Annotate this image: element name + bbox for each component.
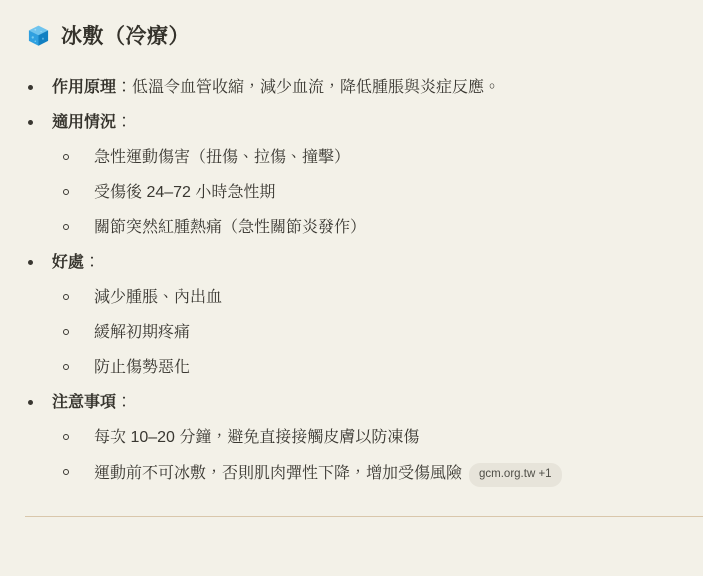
sub-bullet-icon xyxy=(63,224,69,230)
list-item: 適用情況： 急性運動傷害（扭傷、拉傷、撞擊） 受傷後 24–72 小時急性期 關… xyxy=(25,113,703,238)
bullet-icon xyxy=(28,85,33,90)
sub-bullet-list: 每次 10–20 分鐘，避免直接接觸皮膚以防凍傷 運動前不可冰敷，否則肌肉彈性下… xyxy=(52,428,703,487)
item-text: 減少腫脹、內出血 xyxy=(94,289,222,306)
item-text: 關節突然紅腫熱痛（急性關節炎發作） xyxy=(94,219,366,236)
bullet-icon xyxy=(28,400,33,405)
sub-list-item: 關節突然紅腫熱痛（急性關節炎發作） xyxy=(61,218,703,238)
doc-header: 冰敷（冷療） xyxy=(25,20,703,50)
list-item: 好處： 減少腫脹、內出血 緩解初期疼痛 防止傷勢惡化 xyxy=(25,253,703,378)
item-label: 好處 xyxy=(52,254,84,271)
item-text: 防止傷勢惡化 xyxy=(94,359,190,376)
sub-bullet-icon xyxy=(63,154,69,160)
item-separator: ： xyxy=(116,114,132,131)
list-item: 作用原理：低溫令血管收縮，減少血流，降低腫脹與炎症反應。 xyxy=(25,78,703,98)
citation-badge[interactable]: gcm.org.tw +1 xyxy=(469,463,562,487)
sub-list-item: 減少腫脹、內出血 xyxy=(61,288,703,308)
sub-bullet-icon xyxy=(63,294,69,300)
item-label: 作用原理 xyxy=(52,79,116,96)
item-text: 運動前不可冰敷，否則肌肉彈性下降，增加受傷風險 xyxy=(94,465,462,482)
item-text: 受傷後 24–72 小時急性期 xyxy=(94,184,275,201)
sub-bullet-icon xyxy=(63,329,69,335)
sub-list-item: 緩解初期疼痛 xyxy=(61,323,703,343)
sub-bullet-icon xyxy=(63,434,69,440)
ice-cube-emoji xyxy=(27,24,50,47)
sub-bullet-icon xyxy=(63,189,69,195)
item-separator: ： xyxy=(116,79,132,96)
section-divider xyxy=(25,516,703,517)
bullet-icon xyxy=(28,120,33,125)
item-text: 每次 10–20 分鐘，避免直接接觸皮膚以防凍傷 xyxy=(94,429,419,446)
sub-list-item: 受傷後 24–72 小時急性期 xyxy=(61,183,703,203)
item-label: 注意事項 xyxy=(52,394,116,411)
page-title: 冰敷（冷療） xyxy=(61,20,190,50)
sub-list-item: 運動前不可冰敷，否則肌肉彈性下降，增加受傷風險gcm.org.tw +1 xyxy=(61,463,703,487)
sub-list-item: 每次 10–20 分鐘，避免直接接觸皮膚以防凍傷 xyxy=(61,428,703,448)
item-label: 適用情況 xyxy=(52,114,116,131)
sub-bullet-list: 減少腫脹、內出血 緩解初期疼痛 防止傷勢惡化 xyxy=(52,288,703,378)
item-separator: ： xyxy=(116,394,132,411)
sub-bullet-icon xyxy=(63,469,69,475)
item-text: 緩解初期疼痛 xyxy=(94,324,190,341)
sub-list-item: 防止傷勢惡化 xyxy=(61,358,703,378)
sub-list-item: 急性運動傷害（扭傷、拉傷、撞擊） xyxy=(61,148,703,168)
item-separator: ： xyxy=(84,254,100,271)
list-item: 注意事項： 每次 10–20 分鐘，避免直接接觸皮膚以防凍傷 運動前不可冰敷，否… xyxy=(25,393,703,487)
page-root: 冰敷（冷療） 作用原理：低溫令血管收縮，減少血流，降低腫脹與炎症反應。 適用情況… xyxy=(0,0,703,576)
item-text: 急性運動傷害（扭傷、拉傷、撞擊） xyxy=(94,149,350,166)
sub-bullet-list: 急性運動傷害（扭傷、拉傷、撞擊） 受傷後 24–72 小時急性期 關節突然紅腫熱… xyxy=(52,148,703,238)
sub-bullet-icon xyxy=(63,364,69,370)
bullet-list: 作用原理：低溫令血管收縮，減少血流，降低腫脹與炎症反應。 適用情況： 急性運動傷… xyxy=(25,78,703,487)
item-text: 低溫令血管收縮，減少血流，降低腫脹與炎症反應。 xyxy=(132,79,500,96)
bullet-icon xyxy=(28,260,33,265)
